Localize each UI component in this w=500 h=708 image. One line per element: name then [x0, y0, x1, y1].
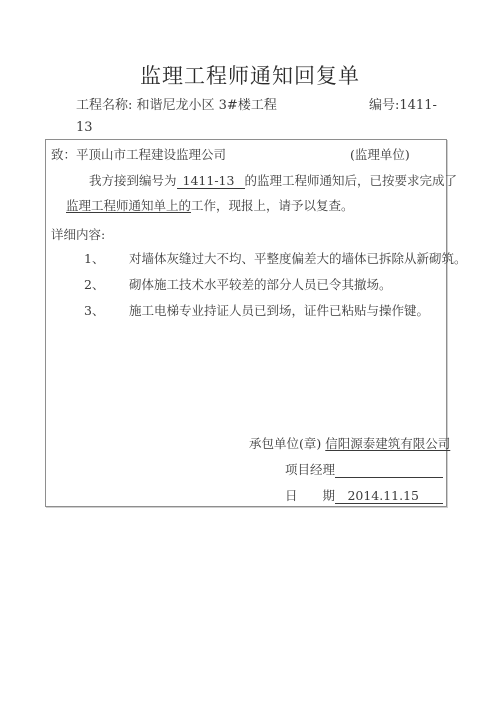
- serial-number-part2: 13: [76, 120, 93, 135]
- manager-label: 项目经理: [285, 462, 335, 477]
- detail-item: 3、 施工电梯专业持证人员已到场，证件已粘贴与操作键。: [84, 301, 444, 317]
- item-number: 2、: [84, 275, 104, 293]
- addressee-label: 致：: [51, 147, 76, 162]
- detail-item: 1、 对墙体灰缝过大不均、平整度偏差大的墙体已拆除从新砌筑。: [84, 249, 444, 265]
- body-paragraph-line2: 监理工程师通知单上的工作，现报上，请予以复查。: [66, 196, 354, 214]
- project-name-line: 工程名称: 和谐尼龙小区 3#楼工程: [76, 94, 277, 113]
- addressee-unit-type: (监理单位): [350, 145, 410, 163]
- item-text: 砌体施工技术水平较差的部分人员已令其撤场。: [129, 275, 392, 293]
- serial-label: 编号:: [369, 98, 399, 113]
- date-value: 2014.11.15: [347, 488, 443, 503]
- addressee-company: 平顶山市工程建设监理公司: [76, 147, 226, 162]
- serial-number-part1: 1411-: [399, 98, 436, 113]
- item-text: 对墙体灰缝过大不均、平整度偏差大的墙体已拆除从新砌筑。: [129, 249, 467, 267]
- project-label: 工程名称:: [76, 98, 132, 113]
- detail-item: 2、 砌体施工技术水平较差的部分人员已令其撤场。: [84, 275, 444, 291]
- date-label: 日 期: [285, 488, 335, 503]
- project-name: 和谐尼龙小区 3#楼工程: [137, 98, 277, 113]
- notice-number-field: 1411-13: [177, 174, 245, 189]
- project-manager-line: 项目经理: [285, 460, 443, 478]
- document-title: 监理工程师通知回复单: [0, 60, 500, 90]
- contractor-label: 承包单位(章): [249, 436, 321, 451]
- detail-label: 详细内容:: [51, 225, 105, 243]
- serial-number-line: 编号:1411-: [369, 94, 437, 113]
- item-number: 1、: [84, 249, 104, 267]
- date-line: 日 期2014.11.15: [285, 486, 443, 504]
- body-rest-text: 工作，现报上，请予以复查。: [191, 198, 354, 213]
- body-underlined-text: 监理工程师通知单上的: [66, 198, 191, 213]
- manager-signature-field: [335, 463, 443, 478]
- item-number: 3、: [84, 301, 104, 319]
- body-paragraph-line1: 我方接到编号为1411-13的监理工程师通知后，已按要求完成了: [89, 171, 457, 189]
- body-suffix: 的监理工程师通知后，已按要求完成了: [245, 173, 458, 188]
- contractor-line: 承包单位(章)信阳源泰建筑有限公司: [249, 434, 450, 452]
- addressee-line: 致：平顶山市工程建设监理公司: [51, 145, 226, 163]
- date-field: 2014.11.15: [335, 489, 443, 504]
- item-text: 施工电梯专业持证人员已到场，证件已粘贴与操作键。: [129, 301, 429, 319]
- contractor-name: 信阳源泰建筑有限公司: [321, 436, 450, 451]
- body-prefix: 我方接到编号为: [89, 173, 177, 188]
